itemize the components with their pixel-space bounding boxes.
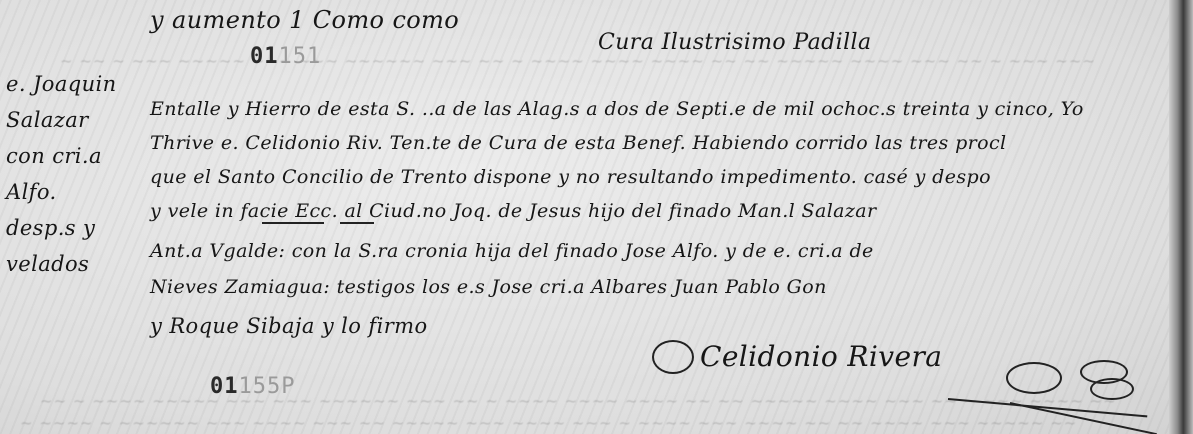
priest-signature: Celidonio Rivera [700,340,942,373]
bleed-through-text: ~~ ~ ~~~~ ~~~~~ ~~~ ~~~ ~~~~~~ ~~~ ~~ ~ … [40,392,1117,410]
bleed-through-text: ~ ~~~~ ~ ~~~~~~ ~~~ ~~~~ ~~~ ~~ ~~~~~ ~~… [20,414,1077,432]
margin-note: e. Joaquin Salazar con cri.a Alfo. desp.… [6,66,117,282]
body-line-2: Thrive e. Celidonio Riv. Ten.te de Cura … [150,132,1007,154]
rubric-loop-icon [652,340,694,374]
underline-mark [262,222,324,224]
body-line-1: Entalle y Hierro de esta S. ..a de las A… [150,98,1084,120]
top-signature: Cura Ilustrisimo Padilla [598,30,871,55]
body-line-4: y vele in facie Ecc. al Ciud.no Joq. de … [150,200,877,222]
top-line-text: y aumento 1 Como como [150,6,459,34]
body-line-3: que el Santo Concilio de Trento dispone … [150,166,991,188]
page-binding-edge [1169,0,1193,434]
rubric-loop-icon [1090,378,1134,400]
body-line-6: Nieves Zamiagua: testigos los e.s Jose c… [150,276,827,298]
body-line-7: y Roque Sibaja y lo firmo [150,314,428,338]
underline-mark [340,222,374,224]
folio-stamp-bottom: 01155P [210,374,295,399]
bleed-through-text: ~ ~~ ~ ~~~ ~~~~~ ~~~ ~~~ ~~~~~~ ~~~ ~~ ~… [60,52,1096,70]
body-line-5: Ant.a Vgalde: con la S.ra cronia hija de… [150,240,874,262]
folio-stamp-top: 01151 [250,44,321,69]
document-page: ~ ~~ ~ ~~~ ~~~~~ ~~~ ~~~ ~~~~~~ ~~~ ~~ ~… [0,0,1193,434]
rubric-loop-icon [1006,362,1062,394]
